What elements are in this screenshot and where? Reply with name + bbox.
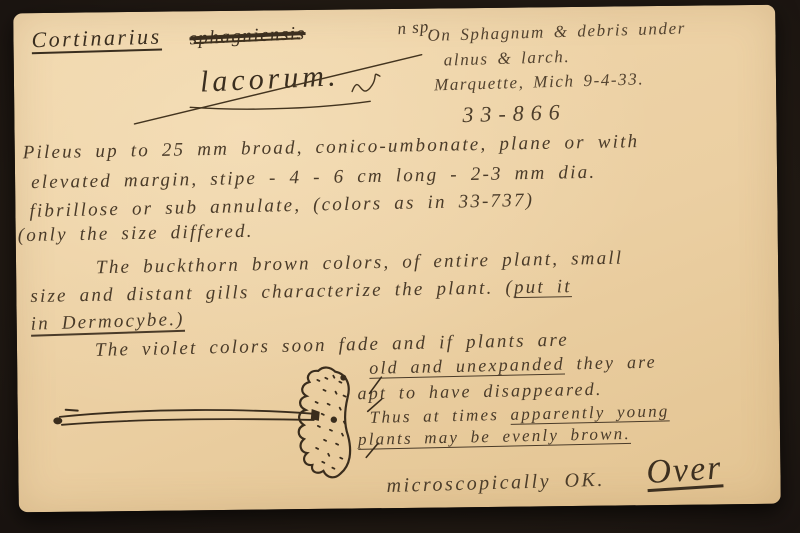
note-card: Cortinarius sphagniensis n sp. lacorum. …: [13, 5, 781, 513]
fading-line-4-plain: Thus at times: [370, 405, 511, 427]
fading-line-4-underlined: apparently young: [510, 401, 669, 423]
over-mark: Over: [645, 449, 723, 491]
fading-line-2-plain: they are: [565, 352, 658, 374]
habitat-line-2: alnus & larch.: [444, 48, 571, 70]
notes-line-2: size and distant gills characterize the …: [30, 277, 572, 308]
genus-name: Cortinarius: [31, 25, 162, 53]
fading-line-3: apt to have disappeared.: [357, 380, 602, 404]
notes-line-1: The buckthorn brown colors, of entire pl…: [96, 249, 624, 280]
stipe-top-line: [60, 409, 316, 417]
description-line-1: Pileus up to 25 mm broad, conico-umbonat…: [23, 132, 640, 164]
location-date: Marquette, Mich 9-4-33.: [434, 70, 645, 95]
species-name: lacorum.: [199, 59, 340, 98]
notes-line-2-plain: size and distant gills characterize the …: [30, 277, 514, 307]
notes-line-2-underlined: put it: [514, 276, 572, 298]
microscopy-note: microscopically OK.: [386, 469, 605, 497]
cap-dark-spot-top: [340, 375, 346, 381]
notes-line-3: in Dermocybe.): [30, 310, 185, 336]
stipe-cap-attachment: [311, 409, 320, 421]
fading-line-2-underlined: old and unexpanded: [369, 354, 565, 378]
stipe-base-blob: [53, 417, 62, 424]
description-line-3: fibrillose or sub annulate, (colors as i…: [29, 191, 534, 223]
description-line-4: (only the size differed.: [18, 222, 254, 247]
stipe-base-dash: [66, 410, 78, 411]
cap-dark-spot-center: [331, 416, 337, 422]
cap-stippling: [315, 376, 346, 469]
fading-line-5: plants may be evenly brown.: [358, 425, 631, 450]
habitat-line-1: On Sphagnum & debris under: [427, 19, 686, 45]
collection-number: 33-866: [462, 100, 567, 127]
stipe-bottom-line: [62, 418, 314, 425]
fading-line-2: old and unexpanded they are: [369, 353, 657, 379]
species-tail-flourish: [352, 74, 380, 91]
photo-background: Cortinarius sphagniensis n sp. lacorum. …: [0, 0, 800, 533]
species-underline: [190, 101, 370, 110]
cap-outline: [298, 367, 350, 477]
struck-species-illegible: sphagniensis: [189, 24, 306, 50]
